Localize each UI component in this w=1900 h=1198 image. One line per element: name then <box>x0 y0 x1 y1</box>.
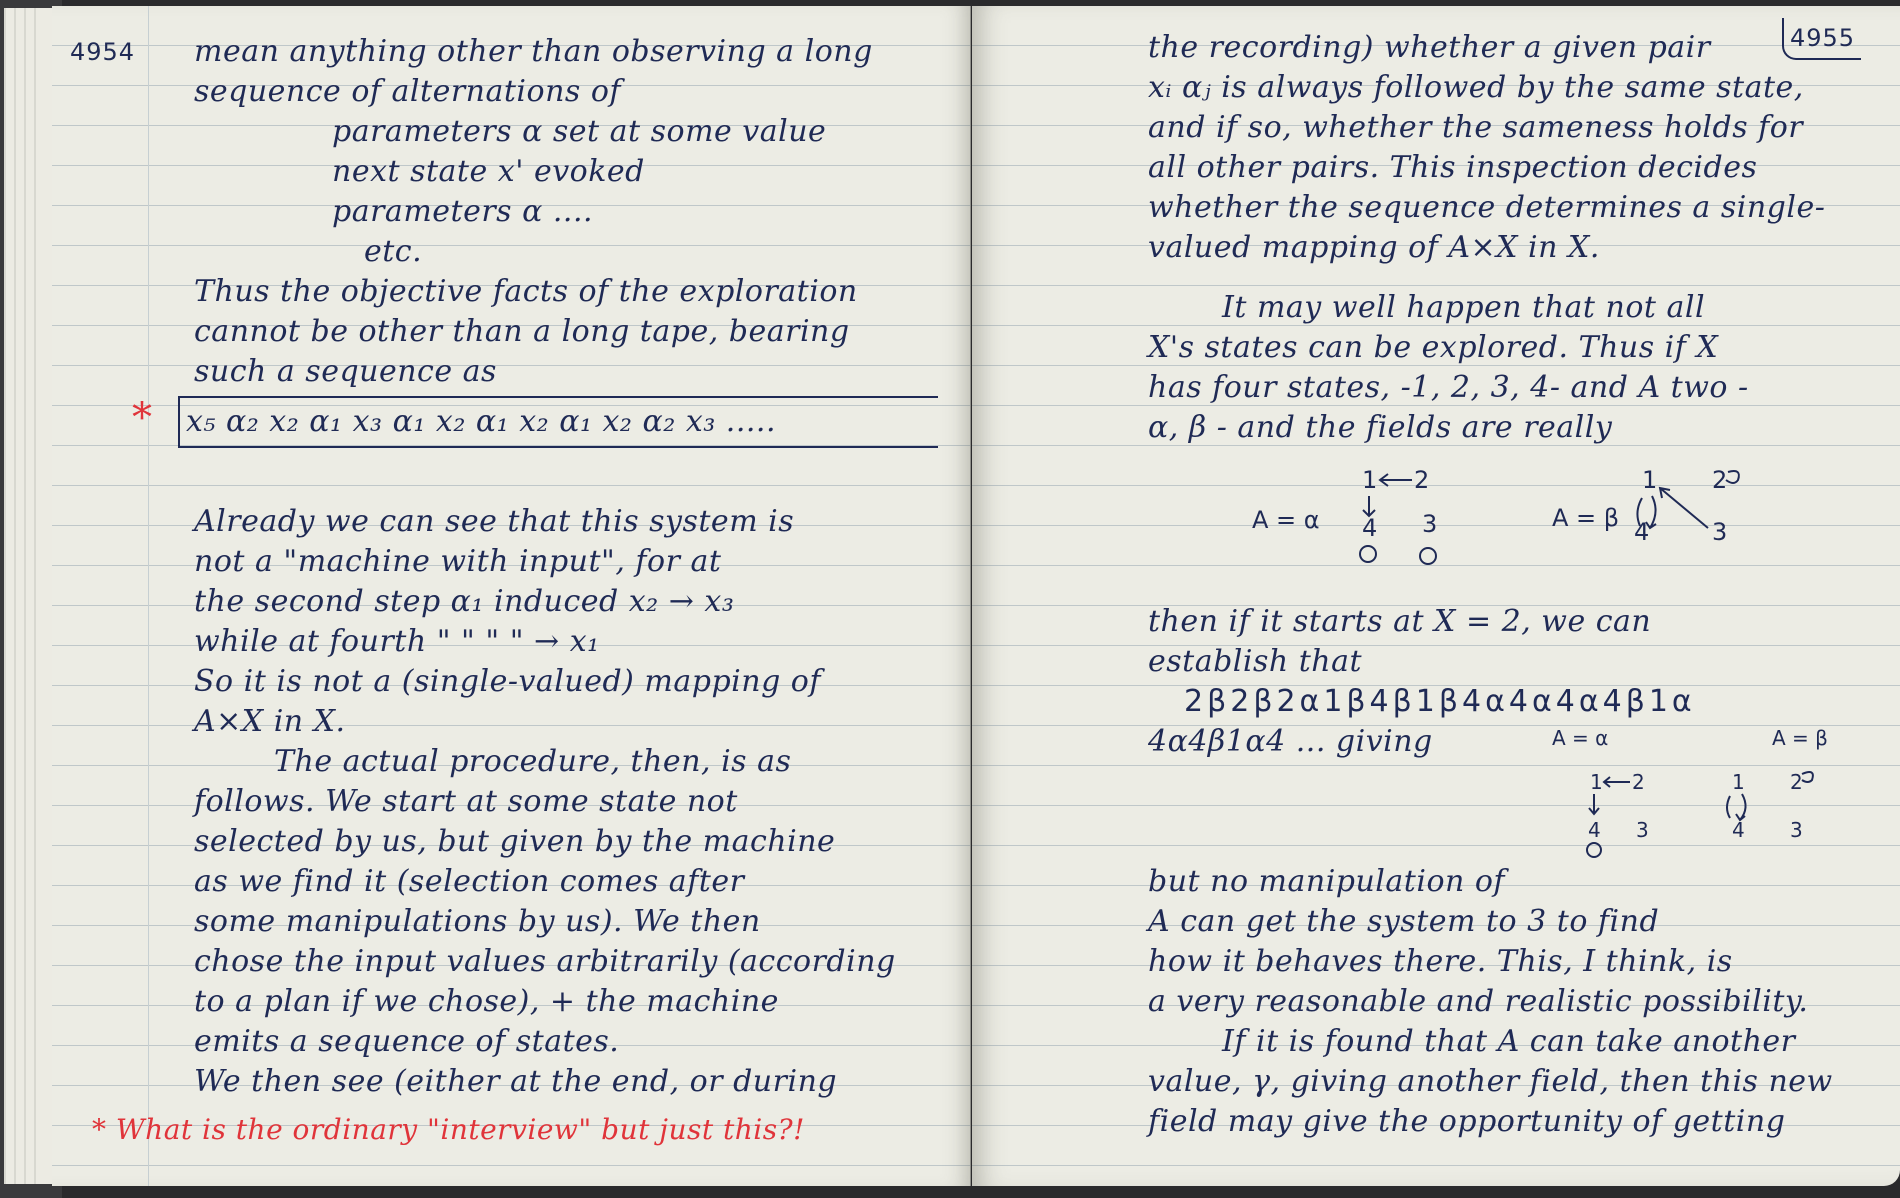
state-sequence: 2β2β2α1β4β1β4α4α4α4β1α <box>1184 682 1696 722</box>
text-line: while at fourth " " " " → x₁ <box>194 622 600 662</box>
text-line: 4α4β1α4 ... giving <box>1148 722 1433 762</box>
right-page: 4955 the recording) whether a given pair… <box>972 6 1900 1186</box>
state-transition-diagram: A = α A = β 1 2 3 4 1 2 3 4 <box>1532 722 1892 862</box>
page-number: 4954 <box>70 32 135 72</box>
transition-arrows-icon <box>1532 722 1892 862</box>
text-line: value, γ, giving another field, then thi… <box>1148 1062 1833 1102</box>
text-line: the recording) whether a given pair <box>1148 28 1711 68</box>
text-line: as we find it (selection comes after <box>194 862 744 902</box>
text-line: parameters α .... <box>332 192 593 232</box>
text-line: If it is found that A can take another <box>1222 1022 1796 1062</box>
text-line: Thus the objective facts of the explorat… <box>194 272 858 312</box>
footnote: * What is the ordinary "interview" but j… <box>92 1110 805 1150</box>
text-line: etc. <box>364 232 422 272</box>
text-line: some manipulations by us). We then <box>194 902 761 942</box>
tape-sequence: x₅ α₂ x₂ α₁ x₃ α₁ x₂ α₁ x₂ α₁ x₂ α₂ x₃ .… <box>186 402 776 442</box>
text-line: mean anything other than observing a lon… <box>194 32 873 72</box>
text-line: The actual procedure, then, is as <box>274 742 791 782</box>
text-line: A×X in X. <box>194 702 346 742</box>
text-line: whether the sequence determines a single… <box>1148 188 1825 228</box>
text-line: but no manipulation of <box>1148 862 1505 902</box>
text-line: such a sequence as <box>194 352 497 392</box>
text-line: all other pairs. This inspection decides <box>1148 148 1757 188</box>
text-line: We then see (either at the end, or durin… <box>194 1062 837 1102</box>
margin-line <box>148 6 149 1186</box>
text-line: follows. We start at some state not <box>194 782 738 822</box>
text-line: emits a sequence of states. <box>194 1022 619 1062</box>
text-line: not a "machine with input", for at <box>194 542 721 582</box>
left-page: 4954 mean anything other than observing … <box>52 6 971 1186</box>
text-line: A can get the system to 3 to find <box>1148 902 1659 942</box>
text-line: to a plan if we chose), + the machine <box>194 982 779 1022</box>
transition-arrows-icon <box>1252 466 1812 576</box>
text-line: X's states can be explored. Thus if X <box>1148 328 1718 368</box>
text-line: next state x' evoked <box>332 152 645 192</box>
text-line: So it is not a (single-valued) mapping o… <box>194 662 821 702</box>
notebook-spread: 4954 mean anything other than observing … <box>0 0 1900 1198</box>
text-line: how it behaves there. This, I think, is <box>1148 942 1733 982</box>
text-line: then if it starts at X = 2, we can <box>1148 602 1651 642</box>
text-line: Already we can see that this system is <box>194 502 794 542</box>
text-line: parameters α set at some value <box>332 112 826 152</box>
text-line: xᵢ αⱼ is always followed by the same sta… <box>1148 68 1804 108</box>
text-line: It may well happen that not all <box>1222 288 1705 328</box>
state-transition-diagram: A = α 1 2 3 4 A = β 1 2 3 4 <box>1252 466 1812 576</box>
asterisk-marker: * <box>132 398 153 438</box>
text-line: α, β - and the fields are really <box>1148 408 1612 448</box>
text-line: sequence of alternations of <box>194 72 621 112</box>
text-line: the second step α₁ induced x₂ → x₃ <box>194 582 734 622</box>
text-line: cannot be other than a long tape, bearin… <box>194 312 850 352</box>
tape-sequence-box: x₅ α₂ x₂ α₁ x₃ α₁ x₂ α₁ x₂ α₁ x₂ α₂ x₃ .… <box>178 396 938 448</box>
text-line: valued mapping of A×X in X. <box>1148 228 1600 268</box>
page-number: 4955 <box>1782 18 1861 60</box>
text-line: field may give the opportunity of gettin… <box>1148 1102 1785 1142</box>
text-line: has four states, -1, 2, 3, 4- and A two … <box>1148 368 1749 408</box>
text-line: selected by us, but given by the machine <box>194 822 835 862</box>
text-line: establish that <box>1148 642 1362 682</box>
text-line: a very reasonable and realistic possibil… <box>1148 982 1808 1022</box>
text-line: and if so, whether the sameness holds fo… <box>1148 108 1803 148</box>
text-line: chose the input values arbitrarily (acco… <box>194 942 896 982</box>
